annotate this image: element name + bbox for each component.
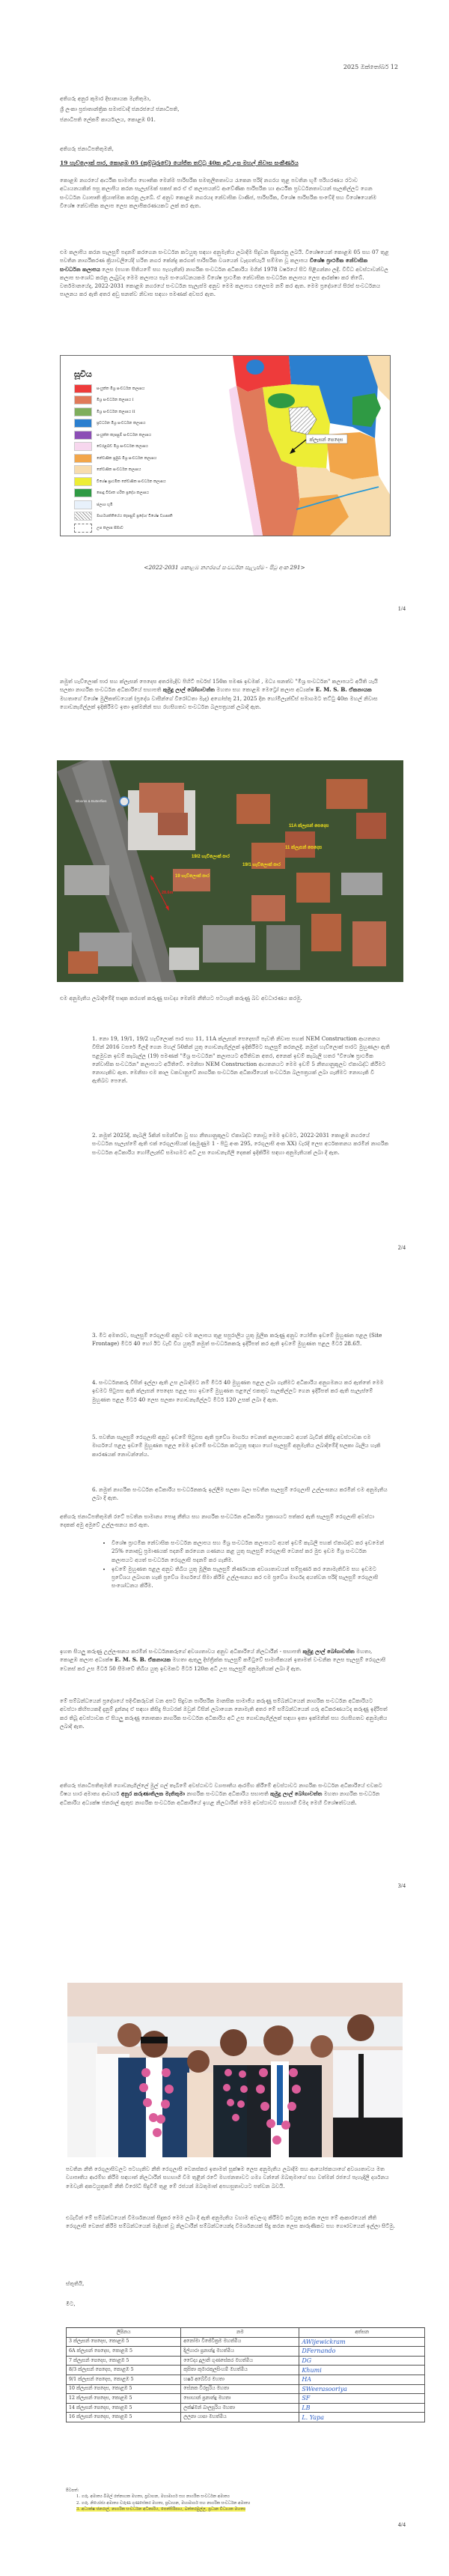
emphasized-name: විශේෂ ප්‍රාථමික නේවාසික සංවර්ධන කලාපය [60, 257, 367, 272]
table-header-row: ලිපිනය නම අත්සන [67, 2328, 425, 2338]
aerial-photo: Blooms & Butterflies 11A ක්ලැසන් පෙදෙස 1… [57, 760, 403, 982]
signature-cell: AWijewickram [299, 2337, 425, 2347]
table-row: 16 ක්ලැසන් පෙදෙස, කොළඹ 5ලලනා යාපා මහත්මි… [67, 2413, 425, 2422]
handwritten-signature: SWeerasooriya [302, 2386, 347, 2392]
signature-cell: SWeerasooriya [299, 2384, 425, 2394]
paragraph: ඉහත සියලු කරුණු උල්ලංඝනය කරමින් සංවර්ධනක… [60, 1647, 389, 1673]
handwritten-signature: SF [302, 2395, 310, 2401]
numbered-item: 6. නමුත් නාගරික සංවර්ධන අධිකාරිය සංවර්ධන… [92, 1485, 391, 1503]
paragraph: කොළඹ නගරයේ ආර්ථික සාමාජීය භෞතික මෙන්ම පා… [60, 176, 389, 210]
signature-cell: HA [299, 2375, 425, 2384]
name-cell: හර්ෂ අබේවීර මහතා [181, 2375, 299, 2384]
copies-section: පිටපත්: 1. ගරු. අමාත්‍ය බිමල් රත්නායක මහ… [66, 2488, 250, 2513]
legend-label: මිශ්‍ර සංවර්ධන කලාපය I [97, 398, 134, 402]
paragraph: මේ සම්බන්ධයෙන් ප්‍රදේශයේ පදිංචිකරුවන් වන… [60, 1697, 389, 1730]
zoning-map-figure: සූචිය සංයුක්ත මිශ්‍ර සංවර්ධන කලාපයමිශ්‍ර… [60, 355, 391, 536]
column-header-name: නම [181, 2328, 299, 2338]
legend-label: පොදු විවෘත හරිත ප්‍රදේශ කලාපය [97, 491, 149, 495]
aerial-label-parcel: 19/1 හැව්ලොක් පාර [242, 863, 281, 868]
aerial-label-parcel: 19/2 හැව්ලොක් පාර [192, 855, 230, 860]
legend-item: ප්‍රවර්ධන මිශ්‍ර සංවර්ධන කලාපය [74, 418, 173, 430]
aerial-label-parcel: 11 ක්ලැසන් පෙදෙස [285, 846, 322, 851]
paragraph: නමුත් හැව්ලොක් පාර සහ ක්ලැසන් පෙදෙස අතරම… [60, 677, 389, 711]
numbered-item: 5. පවතින සැලසුම් රෙගුලාසි අනුව ඉඩමේ පිටු… [92, 1433, 391, 1458]
legend-swatch [74, 454, 92, 463]
legend-swatch [74, 465, 92, 474]
address-cell: 16 ක්ලැසන් පෙදෙස, කොළඹ 5 [67, 2413, 181, 2422]
numbered-item: 1. නො 19, 19/1, 19/2 හැව්ලොක් පාර සහ 11,… [92, 1034, 391, 1085]
legend-swatch [74, 431, 92, 440]
handwritten-signature: AWijewickram [302, 2339, 345, 2345]
legend-title: සූචිය [74, 369, 173, 380]
address-cell: 14 ක්ලැසන් පෙදෙස, කොළඹ 5 [67, 2403, 181, 2413]
table-row: 12 ක්ලැසන් පෙදෙස, කොළඹ 5සොහාන් ප්‍රනාන්ද… [67, 2394, 425, 2404]
letter-subject: 19 හැව්ලොක් පාර, කොළඹ 05 (කුම්බුරුවේ) යෝ… [60, 160, 299, 167]
legend-swatch [74, 477, 92, 486]
emphasized-name: කුමුදු ලාල් බෝගාවත්ත [163, 686, 215, 693]
copies-label: පිටපත්: [66, 2488, 250, 2494]
map-callout-label: ක්ලැසන් පෙදෙස [310, 437, 343, 443]
legend-label: සංයුක්ත මිශ්‍ර සංවර්ධන කලාපය [97, 387, 144, 391]
legend-item: සංයුක්ත මිශ්‍ර සංවර්ධන කලාපය [74, 383, 173, 395]
handwritten-signature: L. Yapa [302, 2414, 324, 2421]
legend-label: සංයුක්ත කැපසුම් සංවර්ධන කලාපය [97, 433, 151, 437]
handwritten-signature: DG [302, 2357, 311, 2364]
legend-item: මිශ්‍ර සංවර්ධන කලාපය I [74, 395, 173, 407]
emphasized-name: කුමුදු ලාල් බෝගාවත්ත [302, 1648, 354, 1655]
legend-label: වෙරළබඩ මිශ්‍ර සංවර්ධන කලාපය [97, 444, 148, 449]
legend-label: නේවාසික සංවර්ධන කලාපය [97, 467, 141, 472]
table-row: 10 ක්ලැසන් පෙදෙස, කොළඹ 5සේනක වීරසූරිය මහ… [67, 2384, 425, 2394]
address-cell: 3 ක්ලැසන් පෙදෙස, කොළඹ 5 [67, 2337, 181, 2347]
legend-item: උප කලාප සීමාව [74, 522, 173, 534]
emphasized-name: අනුර කරුණාතිලක මැතිතුමා [121, 1790, 185, 1797]
name-cell: අනෝමා විජේවික්‍රම මහත්මිය [181, 2337, 299, 2347]
recipient-line: අතිගරු අනුර කුමාර දිසානායක මැතිතුමා, [60, 94, 389, 104]
legend-swatch [74, 407, 92, 416]
name-cell: ලක්ෂ්මන් බාලසූරිය මහතා [181, 2403, 299, 2413]
legend-item: මාර්ගසීමාව [74, 534, 173, 537]
legend-swatch [74, 396, 92, 404]
signature-cell: SF [299, 2394, 425, 2404]
address-cell: 7 ක්ලැසන් පෙදෙස, කොළඹ 5 [67, 2356, 181, 2366]
table-row: 8/3 ක්ලැසන් පෙදෙස, කොළඹ 5කුසිතා කුමාරකුල… [67, 2366, 425, 2375]
paragraph: අතිගරු ජනාධිපතිතුමනි ගොඩනැගිල්ලේ මුල් ගල… [60, 1781, 389, 1807]
legend-label: ජලාශ භූමි [97, 503, 113, 507]
recipient-line: ජනාධිපති ලේකම් කාර්යාලය, කොළඹ 01. [60, 115, 389, 125]
recipient-address: අතිගරු අනුර කුමාර දිසානායක මැතිතුමා, ශ්‍… [60, 94, 389, 125]
handwritten-signature: DFernando [302, 2348, 335, 2354]
violation-item: විශේෂ ප්‍රාථමික නේවාසික සංවර්ධන කලාපය සහ… [112, 1539, 389, 1564]
legend-item: පොදු විවෘත හරිත ප්‍රදේශ කලාපය [74, 488, 173, 500]
legend-item: විශේෂ ප්‍රාථමික නේවාසික සංවර්ධන කලාපය [74, 476, 173, 488]
legend-item: සංයුක්ත කැපසුම් සංවර්ධන කලාපය [74, 429, 173, 441]
legend-item: මිශ්‍ර සංවර්ධන කලාපය II [74, 406, 173, 418]
table-row: 9/1 ක්ලැසන් පෙදෙස, කොළඹ 5හර්ෂ අබේවීර මහත… [67, 2375, 425, 2384]
aerial-label-parcel: 11A ක්ලැසන් පෙදෙස [289, 824, 329, 829]
name-cell: වෛද්‍ය දූලානි ගුණසේකර මහත්මිය [181, 2356, 299, 2366]
signature-cell: DFernando [299, 2347, 425, 2357]
aerial-photo-canvas [57, 760, 403, 982]
page-number: 4/4 [398, 2521, 406, 2528]
legend-item: නේවාසික ප්‍රමුඛ මිශ්‍ර සංවර්ධන කලාපය [74, 452, 173, 464]
column-header-address: ලිපිනය [67, 2328, 181, 2338]
name-cell: කුසිතා කුමාරකුලසිංහම් මහත්මිය [181, 2366, 299, 2375]
handwritten-signature: LB [302, 2404, 310, 2411]
page-number: 3/4 [398, 1882, 406, 1889]
zoning-map: ක්ලැසන් පෙදෙස [218, 356, 390, 536]
legend-swatch [74, 488, 92, 497]
aerial-label-poi: Blooms & Butterflies [76, 799, 106, 803]
legend-label: මාර්ගශක්තියේය කැපසුම් ප්‍රදේශ/ විශේෂ ව්‍… [97, 514, 173, 518]
paragraph: අතිගරු ජනාධිපතිතුමනි රටේ පවතින සාමාන්‍ය … [60, 1512, 389, 1530]
letter-date: 2025 ඔක්තෝබර් 12 [343, 63, 398, 71]
violation-item: ඉඩමේ මුහුණත පළල අනුව තිබිය යුතු මූලික සැ… [112, 1565, 389, 1590]
numbered-item: 3. මීට අමතරව, සැලසුම් රෙගුලාසි අනුව එම ක… [92, 1331, 391, 1348]
legend-swatch [74, 419, 92, 428]
signature-cell: DG [299, 2356, 425, 2366]
legend-label: ප්‍රවර්ධන මිශ්‍ර සංවර්ධන කලාපය [97, 421, 145, 425]
legend-swatch [74, 442, 92, 451]
legend-label: නේවාසික ප්‍රමුඛ මිශ්‍ර සංවර්ධන කලාපය [97, 456, 156, 461]
address-cell: 9/1 ක්ලැසන් පෙදෙස, කොළඹ 5 [67, 2375, 181, 2384]
group-photo-canvas [67, 1983, 403, 2157]
sign-off: මීට, [66, 2300, 76, 2308]
legend-label: විශේෂ ප්‍රාථමික නේවාසික සංවර්ධන කලාපය [97, 479, 166, 484]
group-photo [67, 1983, 403, 2157]
legend-label: මිශ්‍ර සංවර්ධන කලාපය II [97, 410, 135, 414]
signatories-table: ලිපිනය නම අත්සන 3 ක්ලැසන් පෙදෙස, කොළඹ 5අ… [66, 2327, 425, 2422]
map-legend: සූචිය සංයුක්ත මිශ්‍ර සංවර්ධන කලාපයමිශ්‍ර… [74, 369, 173, 536]
emphasized-name: E. M. S. B. ඒකනායක [114, 1656, 171, 1663]
paragraph: පවතින නීති රෙගුලාසිවලට පටහැනිව නීති රෙගු… [66, 2165, 395, 2190]
legend-item: නේවාසික සංවර්ධන කලාපය [74, 464, 173, 476]
name-cell: දිල්හාරා ප්‍රනාන්දු මහත්මිය [181, 2347, 299, 2357]
legend-item: වෙරළබඩ මිශ්‍ර සංවර්ධන කලාපය [74, 441, 173, 453]
handwritten-signature: HA [302, 2376, 311, 2383]
numbered-item: 2. නමුත් 2025දී, කැබලි 5කින් සමන්විත වූ … [92, 1131, 391, 1157]
frontage-measurement: 28.6m [162, 891, 173, 895]
numbered-item: 4. සංවර්ධනකරු විසින් ඉල්ලා ඇති උස ලබාදීම… [92, 1378, 391, 1404]
page-number: 2/4 [398, 1244, 406, 1251]
violations-list: විශේෂ ප්‍රාථමික නේවාසික සංවර්ධන කලාපය සහ… [101, 1539, 389, 1591]
copy-recipient: 2. ගරු. නියෝජ්‍ය අමාත්‍ය වරුණ ගුණසේකර මහ… [76, 2500, 250, 2506]
legend-label: උප කලාප සීමාව [97, 526, 123, 530]
salutation: අතිගරු ජනාධිපතිතුමනි, [60, 145, 114, 153]
legend-swatch [74, 512, 92, 521]
name-cell: ලලනා යාපා මහත්මිය [181, 2413, 299, 2422]
column-header-signature: අත්සන [299, 2328, 425, 2338]
legend-swatch [74, 500, 92, 509]
address-cell: 12 ක්ලැසන් පෙදෙස, කොළඹ 5 [67, 2394, 181, 2404]
copy-recipient: 3. අධ්‍යක්ෂ ජනරාල්, නාගරික සංවර්ධන අධිකා… [76, 2506, 250, 2512]
name-cell: සේනක වීරසූරිය මහතා [181, 2384, 299, 2394]
signature-cell: L. Yapa [299, 2413, 425, 2422]
table-row: 3 ක්ලැසන් පෙදෙස, කොළඹ 5අනෝමා විජේවික්‍රම… [67, 2337, 425, 2347]
signature-cell: Khumi [299, 2366, 425, 2375]
paragraph: එම අනුමැතිය ලබාදීමේදී පාදක කරගත් කරුණු ස… [60, 994, 389, 1002]
address-cell: 6A ක්ලැසන් පෙදෙස, කොළඹ 5 [67, 2347, 181, 2357]
emphasized-name: E. M. S. B. ඒකනායක [316, 686, 372, 693]
legend-item: ජලාශ භූමි [74, 499, 173, 511]
name-cell: සොහාන් ප්‍රනාන්දු මහතා [181, 2394, 299, 2404]
aerial-label-parcel: 19 හැව්ලොක් පාර [175, 874, 210, 879]
signature-cell: LB [299, 2403, 425, 2413]
map-caption: <2022-2031 කොළඹ නගරයේ සංවර්ධන සැලැස්ම - … [0, 564, 449, 572]
legend-swatch [74, 524, 92, 533]
recipient-line: ශ්‍රී ලංකා ප්‍රජාතාන්ත්‍රික සමාජවාදී ජනර… [60, 104, 389, 115]
address-cell: 10 ක්ලැසන් පෙදෙස, කොළඹ 5 [67, 2384, 181, 2394]
paragraph: එම කලාපීය කරන සැලසුම් පදනම් කරගෙන සංවර්ධ… [60, 248, 389, 299]
copy-recipient: 1. ගරු. අමාත්‍ය බිමල් රත්නායක මහතා, ප්‍ර… [76, 2494, 250, 2500]
legend-swatch [74, 384, 92, 393]
table-row: 7 ක්ලැසන් පෙදෙස, කොළඹ 5වෛද්‍ය දූලානි ගුණ… [67, 2356, 425, 2366]
handwritten-signature: Khumi [302, 2367, 321, 2374]
table-row: 6A ක්ලැසන් පෙදෙස, කොළඹ 5දිල්හාරා ප්‍රනාන… [67, 2347, 425, 2357]
address-cell: 8/3 ක්ලැසන් පෙදෙස, කොළඹ 5 [67, 2366, 181, 2375]
table-row: 14 ක්ලැසන් පෙදෙස, කොළඹ 5ලක්ෂ්මන් බාලසූරි… [67, 2403, 425, 2413]
paragraph: එබැවින් මේ සම්බන්ධයෙන් විමර්ශනයක් සිදුකර… [66, 2213, 395, 2231]
page-number: 1/4 [398, 605, 406, 612]
legend-item: මාර්ගශක්තියේය කැපසුම් ප්‍රදේශ/ විශේෂ ව්‍… [74, 511, 173, 523]
closing: ස්තූතියි, [66, 2279, 84, 2288]
emphasized-name: කුමුදු ලාල් බෝගාවත්ත [270, 1790, 322, 1797]
